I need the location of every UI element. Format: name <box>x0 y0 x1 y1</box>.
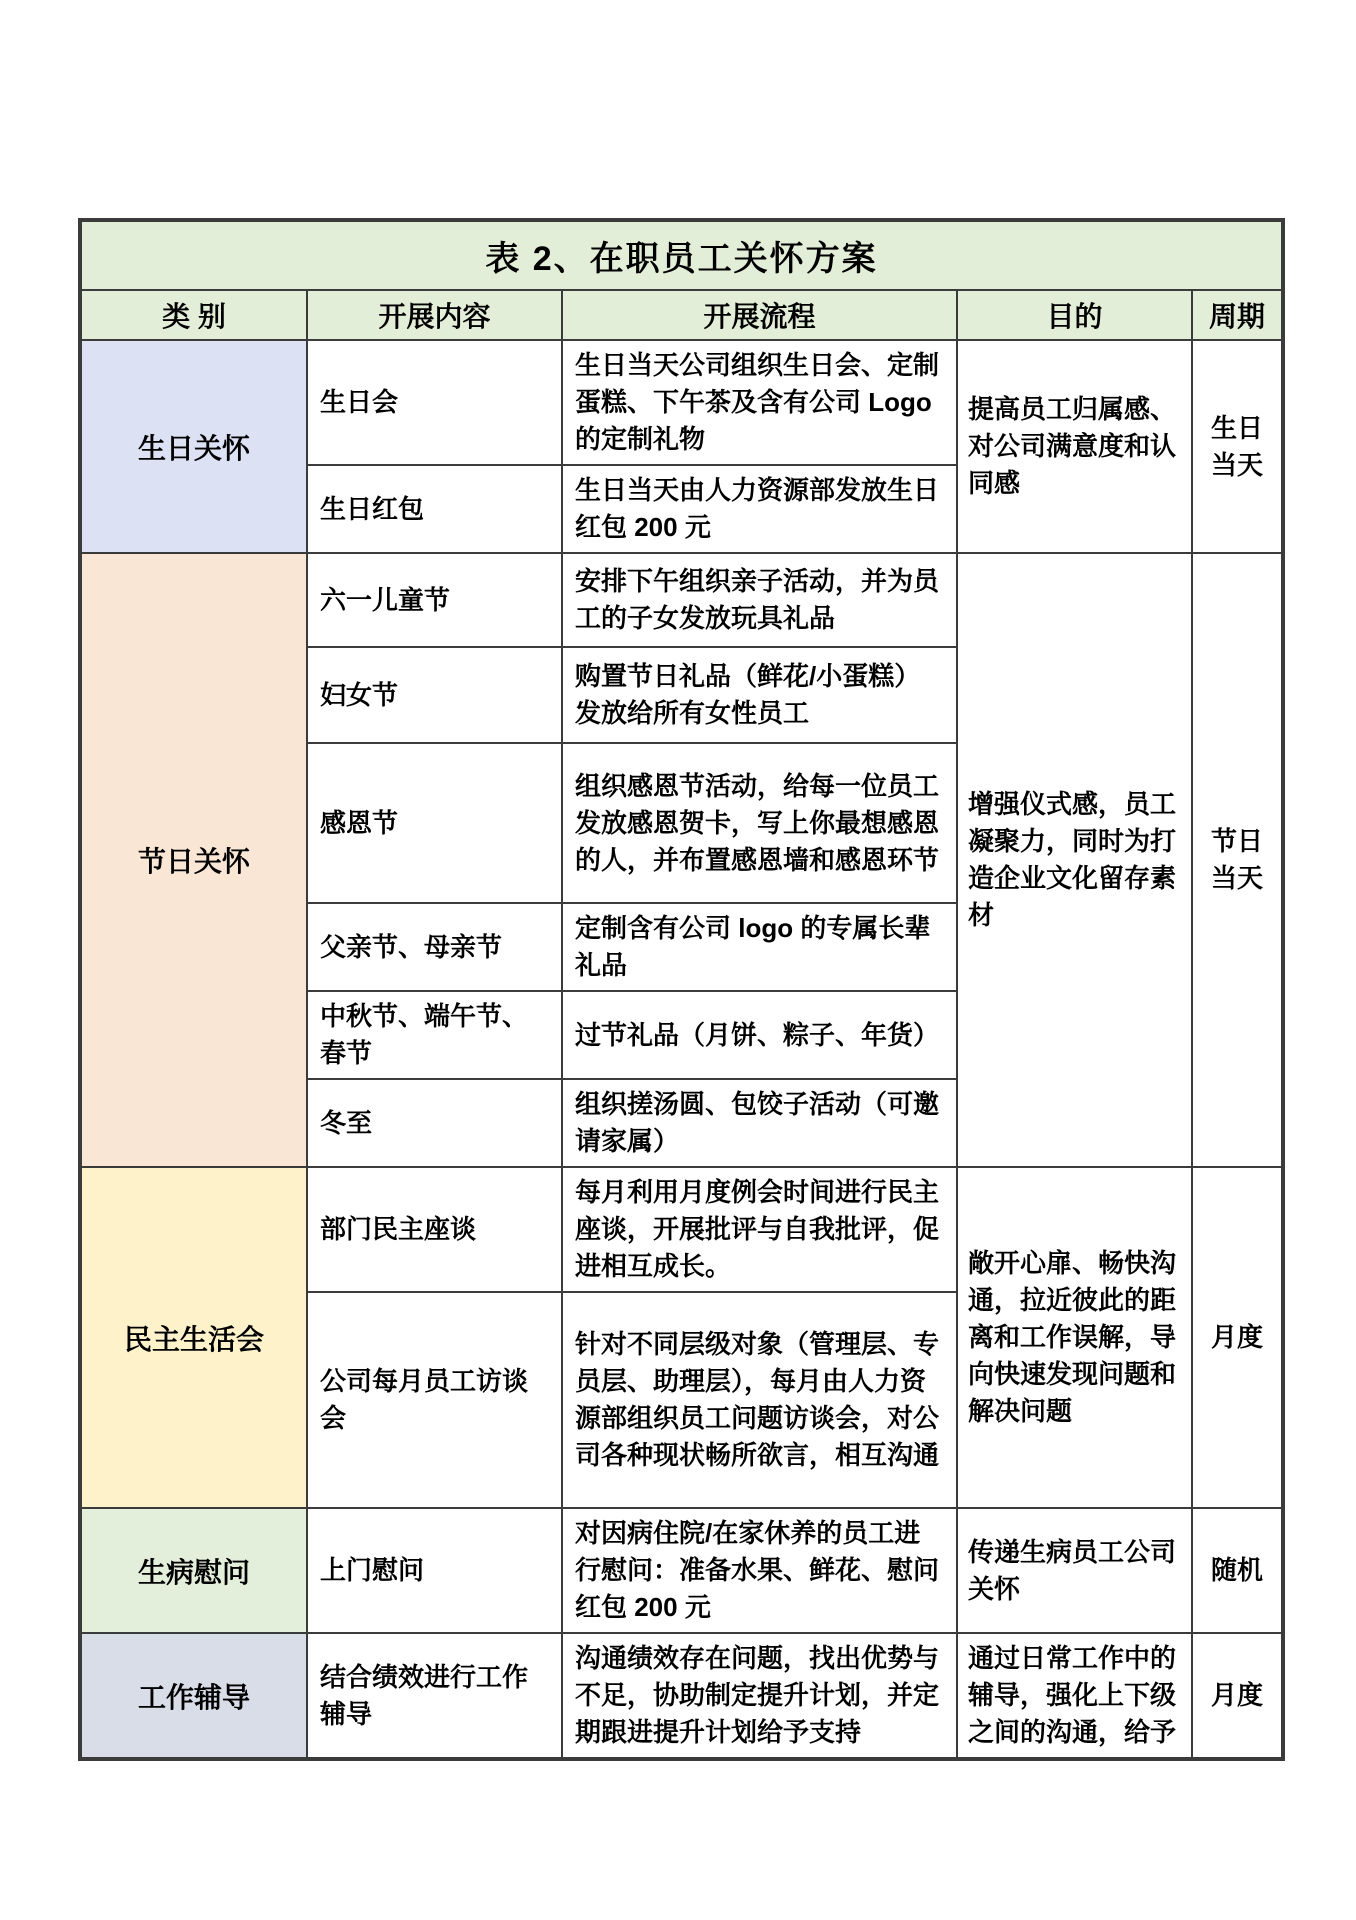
festival-purpose-cell: 增强仪式感，员工凝聚力，同时为打造企业文化留存素材 <box>957 553 1192 1167</box>
festival-cycle-cell: 节日当天 <box>1192 553 1283 1167</box>
birthday-party-process-cell: 生日当天公司组织生日会、定制蛋糕、下午茶及含有公司 Logo 的定制礼物 <box>562 340 957 465</box>
winter-solstice-content-cell: 冬至 <box>307 1079 562 1167</box>
home-visit-content-cell: 上门慰问 <box>307 1508 562 1633</box>
table-row: 生病慰问 上门慰问 对因病住院/在家休养的员工进行慰问：准备水果、鲜花、慰问红包… <box>80 1508 1283 1633</box>
table-row: 工作辅导 结合绩效进行工作辅导 沟通绩效存在问题，找出优势与不足，协助制定提升计… <box>80 1633 1283 1759</box>
mid-autumn-content-cell: 中秋节、端午节、春节 <box>307 991 562 1079</box>
democracy-purpose-cell: 敞开心扉、畅快沟通，拉近彼此的距离和工作误解，导向快速发现问题和解决问题 <box>957 1167 1192 1508</box>
parents-day-process-cell: 定制含有公司 logo 的专属长辈礼品 <box>562 903 957 991</box>
performance-coach-content-cell: 结合绩效进行工作辅导 <box>307 1633 562 1759</box>
column-header-cycle: 周期 <box>1192 290 1283 340</box>
coach-cycle-cell: 月度 <box>1192 1633 1283 1759</box>
womens-day-content-cell: 妇女节 <box>307 647 562 743</box>
table-row: 民主生活会 部门民主座谈 每月利用月度例会时间进行民主座谈，开展批评与自我批评，… <box>80 1167 1283 1292</box>
table-title: 表 2、在职员工关怀方案 <box>80 220 1283 290</box>
womens-day-process-cell: 购置节日礼品（鲜花/小蛋糕）发放给所有女性员工 <box>562 647 957 743</box>
parents-day-content-cell: 父亲节、母亲节 <box>307 903 562 991</box>
thanksgiving-content-cell: 感恩节 <box>307 743 562 903</box>
table-header-row: 类 别 开展内容 开展流程 目的 周期 <box>80 290 1283 340</box>
coach-purpose-cell: 通过日常工作中的辅导，强化上下级之间的沟通，给予 <box>957 1633 1192 1759</box>
home-visit-process-cell: 对因病住院/在家休养的员工进行慰问：准备水果、鲜花、慰问红包 200 元 <box>562 1508 957 1633</box>
table-row: 节日关怀 六一儿童节 安排下午组织亲子活动，并为员工的子女发放玩具礼品 增强仪式… <box>80 553 1283 647</box>
democracy-category-cell: 民主生活会 <box>80 1167 307 1508</box>
winter-solstice-process-cell: 组织搓汤圆、包饺子活动（可邀请家属） <box>562 1079 957 1167</box>
birthday-redpacket-process-cell: 生日当天由人力资源部发放生日红包 200 元 <box>562 465 957 553</box>
column-header-category: 类 别 <box>80 290 307 340</box>
monthly-interview-content-cell: 公司每月员工访谈会 <box>307 1292 562 1508</box>
mid-autumn-process-cell: 过节礼品（月饼、粽子、年货） <box>562 991 957 1079</box>
birthday-purpose-cell: 提高员工归属感、对公司满意度和认同感 <box>957 340 1192 553</box>
sick-purpose-cell: 传递生病员工公司关怀 <box>957 1508 1192 1633</box>
table-row: 生日关怀 生日会 生日当天公司组织生日会、定制蛋糕、下午茶及含有公司 Logo … <box>80 340 1283 465</box>
column-header-purpose: 目的 <box>957 290 1192 340</box>
page: 表 2、在职员工关怀方案 类 别 开展内容 开展流程 目的 周期 生日关怀 生日… <box>0 0 1356 1920</box>
dept-forum-process-cell: 每月利用月度例会时间进行民主座谈，开展批评与自我批评，促进相互成长。 <box>562 1167 957 1292</box>
birthday-party-content-cell: 生日会 <box>307 340 562 465</box>
sick-cycle-cell: 随机 <box>1192 1508 1283 1633</box>
childrens-day-process-cell: 安排下午组织亲子活动，并为员工的子女发放玩具礼品 <box>562 553 957 647</box>
birthday-category-cell: 生日关怀 <box>80 340 307 553</box>
table-title-row: 表 2、在职员工关怀方案 <box>80 220 1283 290</box>
column-header-content: 开展内容 <box>307 290 562 340</box>
birthday-redpacket-content-cell: 生日红包 <box>307 465 562 553</box>
thanksgiving-process-cell: 组织感恩节活动，给每一位员工发放感恩贺卡，写上你最想感恩的人，并布置感恩墙和感恩… <box>562 743 957 903</box>
monthly-interview-process-cell: 针对不同层级对象（管理层、专员层、助理层），每月由人力资源部组织员工问题访谈会，… <box>562 1292 957 1508</box>
sick-category-cell: 生病慰问 <box>80 1508 307 1633</box>
coach-category-cell: 工作辅导 <box>80 1633 307 1759</box>
performance-coach-process-cell: 沟通绩效存在问题，找出优势与不足，协助制定提升计划，并定期跟进提升计划给予支持 <box>562 1633 957 1759</box>
birthday-cycle-cell: 生日当天 <box>1192 340 1283 553</box>
column-header-process: 开展流程 <box>562 290 957 340</box>
festival-category-cell: 节日关怀 <box>80 553 307 1167</box>
employee-care-table: 表 2、在职员工关怀方案 类 别 开展内容 开展流程 目的 周期 生日关怀 生日… <box>78 218 1285 1761</box>
dept-forum-content-cell: 部门民主座谈 <box>307 1167 562 1292</box>
democracy-cycle-cell: 月度 <box>1192 1167 1283 1508</box>
childrens-day-content-cell: 六一儿童节 <box>307 553 562 647</box>
